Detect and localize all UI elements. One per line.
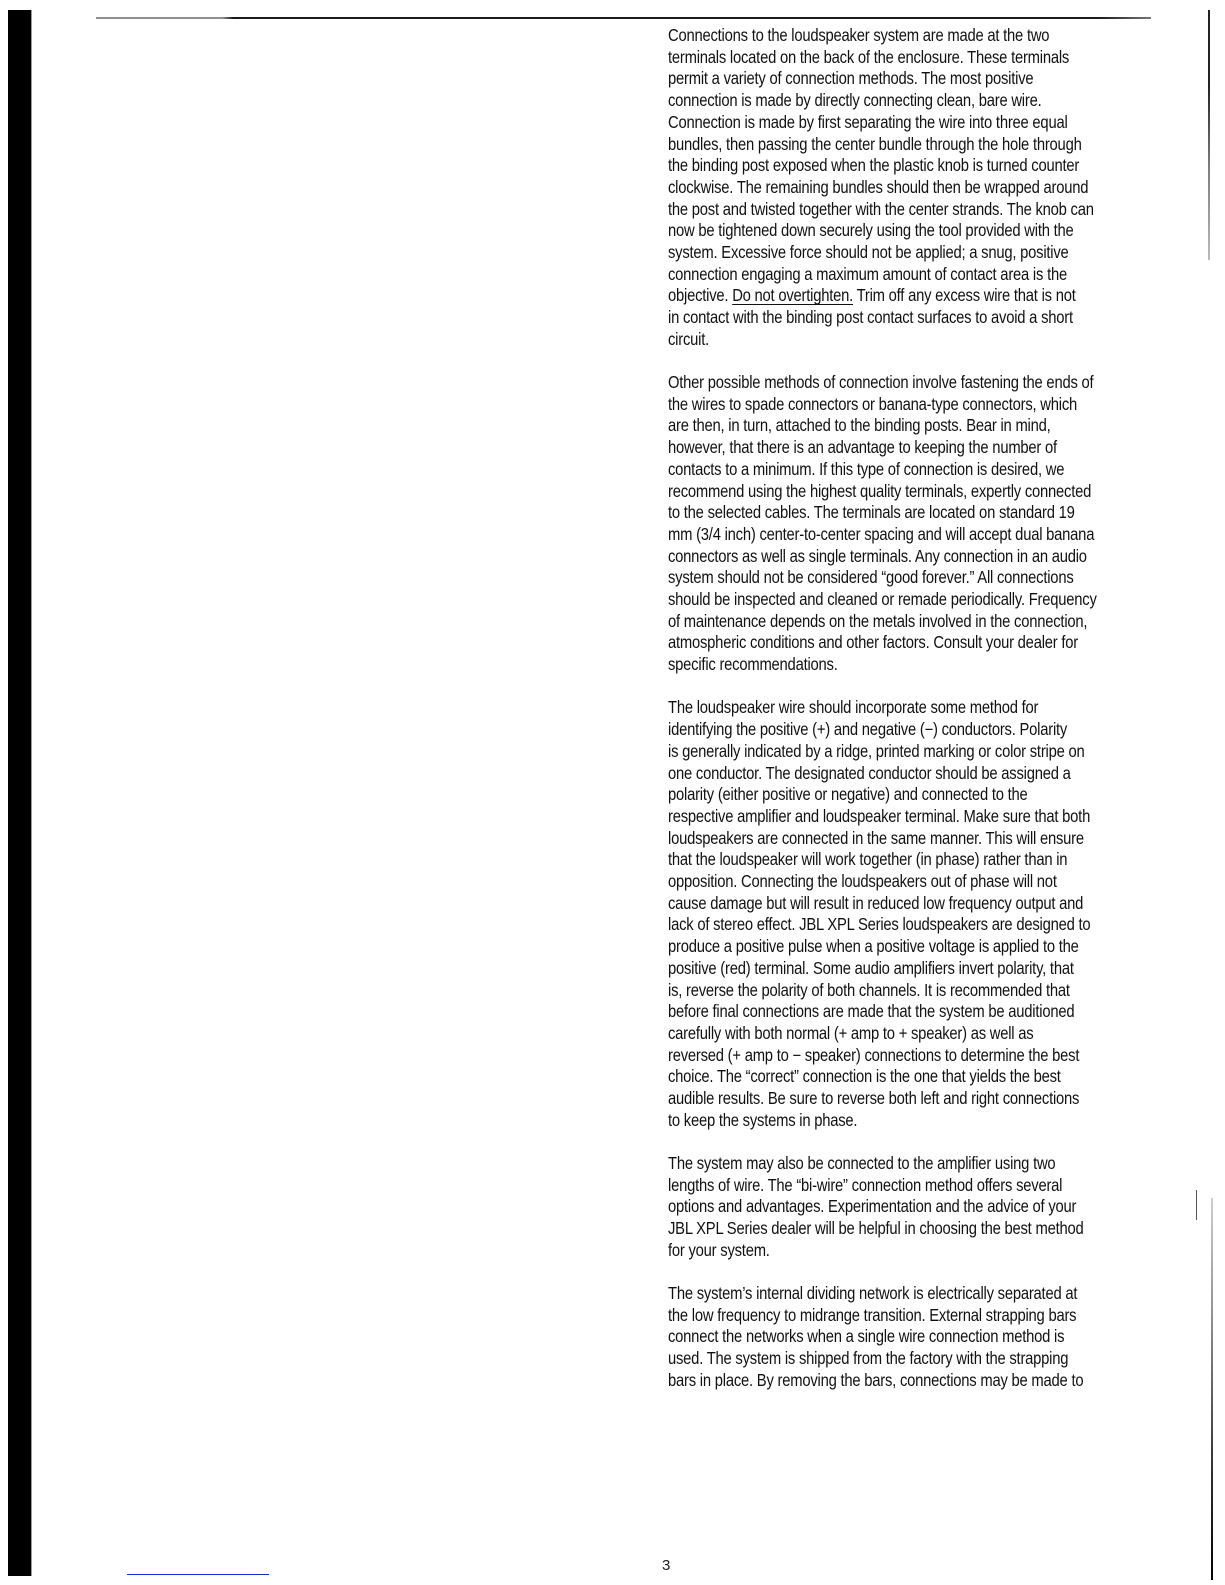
body-text-column: Connections to the loudspeaker system ar… (668, 25, 1171, 1413)
paragraph-connections: Connections to the loudspeaker system ar… (668, 25, 1171, 351)
paragraph-dividing-network: The system’s internal dividing network i… (668, 1283, 1171, 1392)
bottom-link-underline (127, 1574, 269, 1575)
top-rule-divider (96, 17, 1151, 19)
paragraph-polarity: The loudspeaker wire should incorporate … (668, 697, 1171, 1131)
paragraph-connections-part-a: Connections to the loudspeaker system ar… (668, 25, 1094, 305)
scan-edge-right-bottom (1211, 1198, 1213, 1580)
paragraph-bi-wire: The system may also be connected to the … (668, 1153, 1171, 1262)
paragraph-other-methods: Other possible methods of connection inv… (668, 372, 1171, 676)
scan-edge-left-bar (8, 10, 32, 1576)
scan-mark-right (1196, 1190, 1197, 1220)
warning-do-not-overtighten: Do not overtighten. (732, 285, 853, 305)
page-number: 3 (662, 1557, 670, 1574)
scan-edge-right-top (1208, 10, 1210, 260)
